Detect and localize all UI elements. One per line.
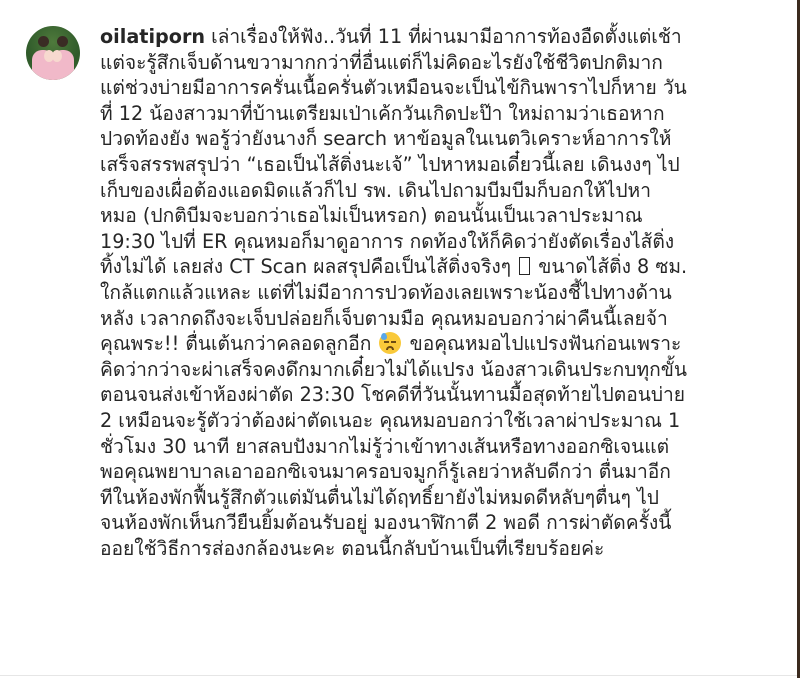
missing-glyph-icon xyxy=(519,257,530,275)
comment-line: ออยใช้วิธีการส่องกล้องนะคะ ตอนนี้กลับบ้า… xyxy=(100,536,770,562)
comment-line-text: ขอคุณหมอไปแปรงฟันก่อนเพราะ xyxy=(410,332,682,355)
comment-panel: oilatipornเล่าเรื่องให้ฟัง..วันที่ 11 ที… xyxy=(0,0,797,676)
comment-line: ทิ้งไม่ได้ เลยส่ง CT Scan ผลสรุปคือเป็นไ… xyxy=(100,254,770,280)
comment-line: ใกล้แตกแล้วแหละ แต่ที่ไม่มีอาการปวดท้องเ… xyxy=(100,280,770,306)
comment-line: หลัง เวลากดถึงจะเจ็บปล่อยก็เจ็บตามมือ คุ… xyxy=(100,306,770,332)
comment-line: เสร็จสรรพสรุปว่า “เธอเป็นไส้ติ่งนะเจ้” ไ… xyxy=(100,152,770,178)
comment-line: หมอ (ปกติบีมจะบอกว่าเธอไม่เป็นหรอก) ตอนน… xyxy=(100,203,770,229)
avatar-baby-right xyxy=(52,50,62,62)
avatar-head-left xyxy=(38,36,49,47)
username-link[interactable]: oilatiporn xyxy=(100,25,205,48)
comment-line: พอคุณพยาบาลเอาออกซิเจนมาครอบจมูกก็รู้เลย… xyxy=(100,459,770,485)
comment-line: 19:30 ไปที่ ER คุณหมอก็มาดูอาการ กดท้องใ… xyxy=(100,229,770,255)
comment: oilatipornเล่าเรื่องให้ฟัง..วันที่ 11 ที… xyxy=(26,24,783,561)
comment-line: oilatipornเล่าเรื่องให้ฟัง..วันที่ 11 ที… xyxy=(100,24,770,50)
comment-text: oilatipornเล่าเรื่องให้ฟัง..วันที่ 11 ที… xyxy=(100,24,770,561)
comment-line: แต่ช่วงบ่ายมีอาการครั่นเนื้อครั่นตัวเหมื… xyxy=(100,75,770,101)
comment-line: เก็บของเผื่อต้องแอดมิดแล้วก็ไป รพ. เดินไ… xyxy=(100,178,770,204)
comment-line: ชั่วโมง 30 นาที ยาสลบปังมากไม่รู้ว่าเข้า… xyxy=(100,434,770,460)
comment-line: ที่ 12 น้องสาวมาที่บ้านเตรียมเป่าเค้กวัน… xyxy=(100,101,770,127)
comment-line: จนห้องพักเห็นกวียืนยิ้มต้อนรับอยู่ มองนา… xyxy=(100,510,770,536)
comment-line-text: เล่าเรื่องให้ฟัง..วันที่ 11 ที่ผ่านมามีอ… xyxy=(211,25,682,48)
comment-line: คุณพระ!! ตื่นเต้นกว่าคลอดลูกอีก ขอคุณหมอ… xyxy=(100,331,770,357)
comment-line: คิดว่ากว่าจะผ่าเสร็จคงดึกมากเดี๋ยวไม่ได้… xyxy=(100,357,770,383)
comment-line-text: ขนาดไส้ติ่ง 8 ซม. xyxy=(538,255,687,278)
comment-line: ทีในห้องพักฟื้นรู้สึกตัวแต่มันตื่นไม่ได้… xyxy=(100,485,770,511)
comment-line-text: คุณพระ!! ตื่นเต้นกว่าคลอดลูกอีก xyxy=(100,332,371,355)
comment-line: 2 เหมือนจะรู้ตัวว่าต้องผ่าตัดเนอะ คุณหมอ… xyxy=(100,408,770,434)
avatar-head-right xyxy=(57,36,68,47)
comment-line-text: ทิ้งไม่ได้ เลยส่ง CT Scan ผลสรุปคือเป็นไ… xyxy=(100,255,511,278)
downcast-face-with-sweat-icon xyxy=(379,332,401,354)
comment-line: ตอนจนส่งเข้าห้องผ่าตัด 23:30 โชคดีที่วัน… xyxy=(100,382,770,408)
comment-line: ปวดท้องยัง พอรู้ว่ายังนางก็ search หาข้อ… xyxy=(100,126,770,152)
comment-line: แต่จะรู้สึกเจ็บด้านขวามากกว่าที่อื่นแต่ก… xyxy=(100,50,770,76)
avatar[interactable] xyxy=(26,26,80,80)
